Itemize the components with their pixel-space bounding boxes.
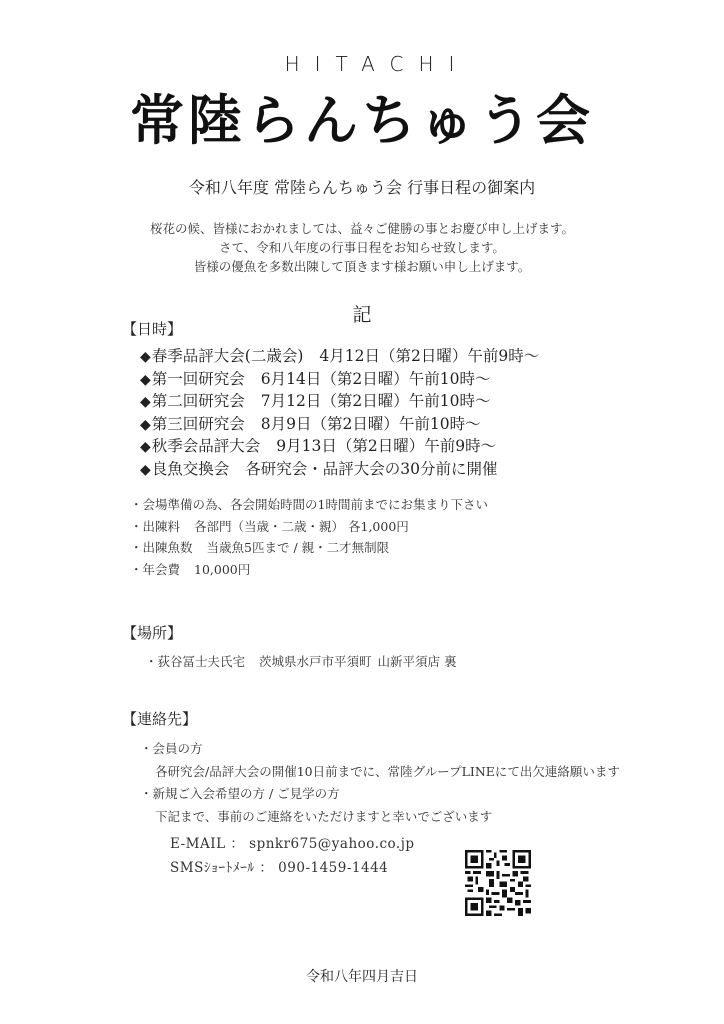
brand-english-title: HITACHI	[0, 52, 724, 76]
schedule-item: ◆良魚交換会各研究会・品評大会の30分前に開催	[140, 459, 539, 482]
email-separator: ：	[230, 836, 244, 852]
event-name: 良魚交換会	[152, 460, 230, 478]
venue-address: 茨城県水戸市平須町	[259, 654, 372, 669]
note-label: ・年会費	[130, 562, 180, 577]
diamond-bullet-icon: ◆	[140, 417, 151, 433]
members-label: ・会員の方	[140, 738, 620, 761]
email-line: E-MAIL ： spnkr675@yahoo.co.jp	[170, 832, 415, 856]
sms-label: SMSｼｮｰﾄﾒｰﾙ	[170, 860, 255, 876]
document-subtitle: 令和八年度 常陸らんちゅう会 行事日程の御案内	[0, 175, 724, 198]
event-detail: 7月12日（第2日曜）午前10時～	[261, 392, 491, 410]
note-item: ・出陳料各部門（当歳・二歳・親） 各1,000円	[130, 516, 488, 538]
schedule-item: ◆第二回研究会7月12日（第2日曜）午前10時～	[140, 391, 539, 414]
event-name: 第一回研究会	[152, 370, 245, 388]
note-item: ・年会費10,000円	[130, 559, 488, 581]
schedule-item: ◆第三回研究会8月9日（第2日曜）午前10時～	[140, 414, 539, 437]
newcomers-text: 下記まで、事前のご連絡をいただけますと幸いでございます	[140, 806, 620, 829]
event-detail: 6月14日（第2日曜）午前10時～	[261, 370, 491, 388]
schedule-item: ◆秋季会品評大会9月13日（第2日曜）午前9時～	[140, 436, 539, 459]
schedule-list: ◆春季品評大会(二歳会)4月12日（第2日曜）午前9時～ ◆第一回研究会6月14…	[140, 346, 539, 481]
note-label: ・出陳料	[130, 519, 180, 534]
greeting-line: 皆様の優魚を多数出陳して頂きます様お願い申し上げます。	[0, 257, 724, 276]
note-label: ・会場準備の為、各会開始時間の1時間前までにお集まり下さい	[130, 497, 488, 512]
email-label: E-MAIL	[170, 836, 226, 852]
greeting-line: さて、令和八年度の行事日程をお知らせ致します。	[0, 238, 724, 257]
event-detail: 4月12日（第2日曜）午前9時～	[319, 347, 539, 365]
venue-host: ・荻谷冨士夫氏宅	[145, 654, 245, 669]
sms-separator: ：	[259, 860, 273, 876]
contact-info: ・会員の方 各研究会/品評大会の開催10日前までに、常陸グループLINEにて出欠…	[140, 738, 620, 828]
diamond-bullet-icon: ◆	[140, 439, 151, 455]
notes-list: ・会場準備の為、各会開始時間の1時間前までにお集まり下さい ・出陳料各部門（当歳…	[130, 494, 488, 580]
members-text: 各研究会/品評大会の開催10日前までに、常陸グループLINEにて出欠連絡願います	[140, 761, 620, 784]
event-detail: 各研究会・品評大会の30分前に開催	[245, 460, 497, 478]
schedule-item: ◆春季品評大会(二歳会)4月12日（第2日曜）午前9時～	[140, 346, 539, 369]
diamond-bullet-icon: ◆	[140, 349, 151, 365]
diamond-bullet-icon: ◆	[140, 394, 151, 410]
schedule-heading: 【日時】	[122, 318, 182, 339]
schedule-item: ◆第一回研究会6月14日（第2日曜）午前10時～	[140, 369, 539, 392]
note-label: ・出陳魚数	[130, 540, 193, 555]
venue-heading: 【場所】	[122, 622, 182, 643]
greeting-paragraph: 桜花の候、皆様におかれましては、益々ご健勝の事とお慶び申し上げます。 さて、令和…	[0, 219, 724, 276]
ki-heading: 記	[0, 300, 724, 327]
note-value: 10,000円	[194, 562, 250, 577]
event-name: 第三回研究会	[152, 415, 245, 433]
sms-line: SMSｼｮｰﾄﾒｰﾙ ： 090-1459-1444	[170, 856, 415, 880]
event-name: 第二回研究会	[152, 392, 245, 410]
event-name: 春季品評大会(二歳会)	[152, 347, 304, 365]
event-name: 秋季会品評大会	[152, 437, 261, 455]
note-item: ・会場準備の為、各会開始時間の1時間前までにお集まり下さい	[130, 494, 488, 516]
sms-number[interactable]: 090-1459-1444	[278, 860, 388, 876]
note-value: 各部門（当歳・二歳・親） 各1,000円	[194, 519, 409, 534]
event-detail: 9月13日（第2日曜）午前9時～	[276, 437, 496, 455]
event-detail: 8月9日（第2日曜）午前10時～	[261, 415, 481, 433]
note-value: 当歳魚5匹まで / 親・二才無制限	[207, 540, 390, 555]
diamond-bullet-icon: ◆	[140, 462, 151, 478]
email-address[interactable]: spnkr675@yahoo.co.jp	[249, 836, 414, 852]
newcomers-label: ・新規ご入会希望の方 / ご見学の方	[140, 783, 620, 806]
issue-date: 令和八年四月吉日	[0, 966, 724, 986]
contact-heading: 【連絡先】	[122, 708, 197, 729]
diamond-bullet-icon: ◆	[140, 372, 151, 388]
venue-landmark: 山新平須店 裏	[378, 654, 457, 669]
note-item: ・出陳魚数当歳魚5匹まで / 親・二才無制限	[130, 537, 488, 559]
contact-details: E-MAIL ： spnkr675@yahoo.co.jp SMSｼｮｰﾄﾒｰﾙ…	[170, 832, 415, 880]
brand-japanese-title: 常陸らんちゅう会	[0, 88, 724, 152]
greeting-line: 桜花の候、皆様におかれましては、益々ご健勝の事とお慶び申し上げます。	[0, 219, 724, 238]
venue-line: ・荻谷冨士夫氏宅茨城県水戸市平須町山新平須店 裏	[145, 652, 457, 670]
qr-code-icon[interactable]	[465, 850, 531, 916]
